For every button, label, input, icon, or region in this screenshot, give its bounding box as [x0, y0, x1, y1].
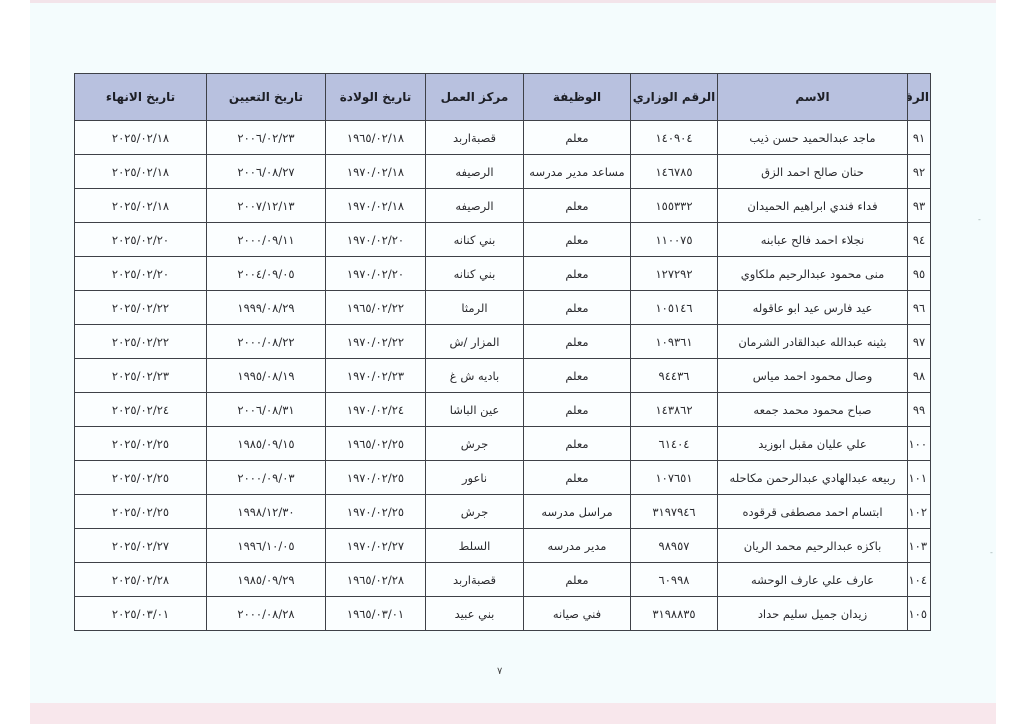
table-row: ١٠٢ابتسام احمد مصطفى قرقوده٣١٩٧٩٤٦مراسل … — [75, 495, 931, 529]
work-center-cell: المزار /ش — [426, 325, 524, 359]
birth-date-cell: ١٩٧٠/٠٢/٢٠ — [326, 257, 426, 291]
birth-date-cell: ١٩٦٥/٠٢/٢٢ — [326, 291, 426, 325]
end-date-cell: ٢٠٢٥/٠٢/٢٥ — [75, 461, 207, 495]
header-name: الاسم — [718, 74, 908, 121]
work-center-cell: جرش — [426, 495, 524, 529]
appointment-date-cell: ١٩٩٨/١٢/٣٠ — [207, 495, 326, 529]
table-row: ٩٥منى محمود عبدالرحيم ملكاوي١٢٧٢٩٢معلمبن… — [75, 257, 931, 291]
birth-date-cell: ١٩٦٥/٠٢/٢٨ — [326, 563, 426, 597]
row-number-cell: ٩٩ — [908, 393, 931, 427]
row-number-cell: ١٠٠ — [908, 427, 931, 461]
end-date-cell: ٢٠٢٥/٠٢/٢٨ — [75, 563, 207, 597]
ministry-id-cell: ٣١٩٨٨٣٥ — [631, 597, 718, 631]
employee-name-cell: زيدان جميل سليم حداد — [718, 597, 908, 631]
appointment-date-cell: ٢٠٠٠/٠٩/٠٣ — [207, 461, 326, 495]
employee-name-cell: عيد فارس عيد ابو عاقوله — [718, 291, 908, 325]
table-row: ٩٨وصال محمود احمد مياس٩٤٤٣٦معلمباديه ش غ… — [75, 359, 931, 393]
row-number-cell: ٩٦ — [908, 291, 931, 325]
birth-date-cell: ١٩٦٥/٠٢/١٨ — [326, 121, 426, 155]
end-date-cell: ٢٠٢٥/٠٢/١٨ — [75, 155, 207, 189]
table-row: ٩٩صباح محمود محمد جمعه١٤٣٨٦٢معلمعين البا… — [75, 393, 931, 427]
ministry-id-cell: ٩٤٤٣٦ — [631, 359, 718, 393]
employee-name-cell: وصال محمود احمد مياس — [718, 359, 908, 393]
end-date-cell: ٢٠٢٥/٠٢/٢٥ — [75, 495, 207, 529]
birth-date-cell: ١٩٧٠/٠٢/٢٠ — [326, 223, 426, 257]
job-title-cell: فني صيانه — [524, 597, 631, 631]
ministry-id-cell: ١٤٦٧٨٥ — [631, 155, 718, 189]
table-row: ٩١ماجد عبدالحميد حسن ذيب١٤٠٩٠٤معلمقصبةار… — [75, 121, 931, 155]
appointment-date-cell: ٢٠٠٧/١٢/١٣ — [207, 189, 326, 223]
row-number-cell: ٩٥ — [908, 257, 931, 291]
ministry-id-cell: ٦١٤٠٤ — [631, 427, 718, 461]
row-number-cell: ٩٤ — [908, 223, 931, 257]
appointment-date-cell: ٢٠٠٠/٠٨/٢٨ — [207, 597, 326, 631]
work-center-cell: عين الباشا — [426, 393, 524, 427]
table-row: ١٠٥زيدان جميل سليم حداد٣١٩٨٨٣٥فني صيانهب… — [75, 597, 931, 631]
employee-name-cell: نجلاء احمد فالح عبابنه — [718, 223, 908, 257]
job-title-cell: معلم — [524, 223, 631, 257]
end-date-cell: ٢٠٢٥/٠٢/٢٢ — [75, 291, 207, 325]
appointment-date-cell: ٢٠٠٦/٠٢/٢٣ — [207, 121, 326, 155]
row-number-cell: ٩٣ — [908, 189, 931, 223]
header-work-center: مركز العمل — [426, 74, 524, 121]
table-row: ٩٧بثينه عبدالله عبدالقادر الشرمان١٠٩٣٦١م… — [75, 325, 931, 359]
job-title-cell: معلم — [524, 393, 631, 427]
table-row: ١٠١ربيعه عبدالهادي عبدالرحمن مكاحله١٠٧٦٥… — [75, 461, 931, 495]
row-number-cell: ١٠٤ — [908, 563, 931, 597]
employee-name-cell: حنان صالح احمد الزق — [718, 155, 908, 189]
appointment-date-cell: ١٩٩٦/١٠/٠٥ — [207, 529, 326, 563]
employee-name-cell: علي عليان مقبل ابوزيد — [718, 427, 908, 461]
end-date-cell: ٢٠٢٥/٠٢/١٨ — [75, 121, 207, 155]
employee-name-cell: باكزه عبدالرحيم محمد الريان — [718, 529, 908, 563]
work-center-cell: الرصيفه — [426, 155, 524, 189]
appointment-date-cell: ٢٠٠٦/٠٨/٣١ — [207, 393, 326, 427]
appointment-date-cell: ٢٠٠٠/٠٨/٢٢ — [207, 325, 326, 359]
ministry-id-cell: ١١٠٠٧٥ — [631, 223, 718, 257]
job-title-cell: معلم — [524, 563, 631, 597]
job-title-cell: مساعد مدير مدرسه — [524, 155, 631, 189]
work-center-cell: قصبةاربد — [426, 121, 524, 155]
work-center-cell: بني عبيد — [426, 597, 524, 631]
employee-name-cell: صباح محمود محمد جمعه — [718, 393, 908, 427]
job-title-cell: معلم — [524, 291, 631, 325]
row-number-cell: ١٠١ — [908, 461, 931, 495]
header-appointment-date: تاريخ التعيين — [207, 74, 326, 121]
header-number: الرقم — [908, 74, 931, 121]
ministry-id-cell: ١٤٣٨٦٢ — [631, 393, 718, 427]
ministry-id-cell: ٦٠٩٩٨ — [631, 563, 718, 597]
end-date-cell: ٢٠٢٥/٠٢/٢٢ — [75, 325, 207, 359]
table-row: ١٠٤عارف علي عارف الوحشه٦٠٩٩٨معلمقصبةاربد… — [75, 563, 931, 597]
end-date-cell: ٢٠٢٥/٠٢/٢٥ — [75, 427, 207, 461]
end-date-cell: ٢٠٢٥/٠٢/٢٣ — [75, 359, 207, 393]
job-title-cell: معلم — [524, 359, 631, 393]
scan-speck: - — [978, 215, 981, 224]
header-job: الوظيفة — [524, 74, 631, 121]
birth-date-cell: ١٩٧٠/٠٢/٢٢ — [326, 325, 426, 359]
appointment-date-cell: ٢٠٠٤/٠٩/٠٥ — [207, 257, 326, 291]
table-body: ٩١ماجد عبدالحميد حسن ذيب١٤٠٩٠٤معلمقصبةار… — [75, 121, 931, 631]
appointment-date-cell: ١٩٨٥/٠٩/١٥ — [207, 427, 326, 461]
header-birth-date: تاريخ الولادة — [326, 74, 426, 121]
table-header-row: الرقم الاسم الرقم الوزاري الوظيفة مركز ا… — [75, 74, 931, 121]
row-number-cell: ٩٨ — [908, 359, 931, 393]
ministry-id-cell: ١٠٩٣٦١ — [631, 325, 718, 359]
employee-name-cell: عارف علي عارف الوحشه — [718, 563, 908, 597]
table-row: ٩٤نجلاء احمد فالح عبابنه١١٠٠٧٥معلمبني كن… — [75, 223, 931, 257]
employee-name-cell: فداء فندي ابراهيم الحميدان — [718, 189, 908, 223]
employee-name-cell: ابتسام احمد مصطفى قرقوده — [718, 495, 908, 529]
row-number-cell: ٩٢ — [908, 155, 931, 189]
birth-date-cell: ١٩٧٠/٠٢/٢٧ — [326, 529, 426, 563]
end-date-cell: ٢٠٢٥/٠٢/٢٤ — [75, 393, 207, 427]
ministry-id-cell: ١٠٥١٤٦ — [631, 291, 718, 325]
ministry-id-cell: ١٤٠٩٠٤ — [631, 121, 718, 155]
work-center-cell: جرش — [426, 427, 524, 461]
birth-date-cell: ١٩٧٠/٠٢/٢٣ — [326, 359, 426, 393]
end-date-cell: ٢٠٢٥/٠٣/٠١ — [75, 597, 207, 631]
row-number-cell: ١٠٥ — [908, 597, 931, 631]
job-title-cell: معلم — [524, 461, 631, 495]
ministry-id-cell: ٩٨٩٥٧ — [631, 529, 718, 563]
ministry-id-cell: ١٥٥٣٣٢ — [631, 189, 718, 223]
work-center-cell: الرمثا — [426, 291, 524, 325]
birth-date-cell: ١٩٧٠/٠٢/١٨ — [326, 189, 426, 223]
work-center-cell: بني كنانه — [426, 223, 524, 257]
employee-name-cell: ربيعه عبدالهادي عبدالرحمن مكاحله — [718, 461, 908, 495]
end-date-cell: ٢٠٢٥/٠٢/٢٧ — [75, 529, 207, 563]
birth-date-cell: ١٩٦٥/٠٢/٢٥ — [326, 427, 426, 461]
employee-name-cell: بثينه عبدالله عبدالقادر الشرمان — [718, 325, 908, 359]
scan-speck: - — [990, 548, 993, 557]
birth-date-cell: ١٩٧٠/٠٢/٢٥ — [326, 461, 426, 495]
job-title-cell: مراسل مدرسه — [524, 495, 631, 529]
birth-date-cell: ١٩٧٠/٠٢/٢٥ — [326, 495, 426, 529]
table-row: ٩٣فداء فندي ابراهيم الحميدان١٥٥٣٣٢معلمال… — [75, 189, 931, 223]
bottom-edge-strip — [30, 703, 996, 724]
work-center-cell: بني كنانه — [426, 257, 524, 291]
work-center-cell: قصبةاربد — [426, 563, 524, 597]
job-title-cell: مدير مدرسه — [524, 529, 631, 563]
row-number-cell: ١٠٢ — [908, 495, 931, 529]
appointment-date-cell: ٢٠٠٠/٠٩/١١ — [207, 223, 326, 257]
appointment-date-cell: ١٩٨٥/٠٩/٢٩ — [207, 563, 326, 597]
header-end-date: تاريخ الانهاء — [75, 74, 207, 121]
job-title-cell: معلم — [524, 325, 631, 359]
work-center-cell: باديه ش غ — [426, 359, 524, 393]
header-ministry-id: الرقم الوزاري — [631, 74, 718, 121]
ministry-id-cell: ١٠٧٦٥١ — [631, 461, 718, 495]
work-center-cell: الرصيفه — [426, 189, 524, 223]
employee-retirement-table: الرقم الاسم الرقم الوزاري الوظيفة مركز ا… — [74, 73, 931, 631]
work-center-cell: ناعور — [426, 461, 524, 495]
table-row: ١٠٠علي عليان مقبل ابوزيد٦١٤٠٤معلمجرش١٩٦٥… — [75, 427, 931, 461]
job-title-cell: معلم — [524, 257, 631, 291]
employee-name-cell: ماجد عبدالحميد حسن ذيب — [718, 121, 908, 155]
page-number: ٧ — [497, 666, 502, 677]
birth-date-cell: ١٩٦٥/٠٣/٠١ — [326, 597, 426, 631]
work-center-cell: السلط — [426, 529, 524, 563]
row-number-cell: ٩١ — [908, 121, 931, 155]
employee-name-cell: منى محمود عبدالرحيم ملكاوي — [718, 257, 908, 291]
ministry-id-cell: ٣١٩٧٩٤٦ — [631, 495, 718, 529]
ministry-id-cell: ١٢٧٢٩٢ — [631, 257, 718, 291]
appointment-date-cell: ١٩٩٩/٠٨/٢٩ — [207, 291, 326, 325]
birth-date-cell: ١٩٧٠/٠٢/٢٤ — [326, 393, 426, 427]
appointment-date-cell: ٢٠٠٦/٠٨/٢٧ — [207, 155, 326, 189]
table-row: ١٠٣باكزه عبدالرحيم محمد الريان٩٨٩٥٧مدير … — [75, 529, 931, 563]
row-number-cell: ٩٧ — [908, 325, 931, 359]
job-title-cell: معلم — [524, 427, 631, 461]
end-date-cell: ٢٠٢٥/٠٢/١٨ — [75, 189, 207, 223]
birth-date-cell: ١٩٧٠/٠٢/١٨ — [326, 155, 426, 189]
end-date-cell: ٢٠٢٥/٠٢/٢٠ — [75, 257, 207, 291]
appointment-date-cell: ١٩٩٥/٠٨/١٩ — [207, 359, 326, 393]
table-row: ٩٦عيد فارس عيد ابو عاقوله١٠٥١٤٦معلمالرمث… — [75, 291, 931, 325]
job-title-cell: معلم — [524, 121, 631, 155]
job-title-cell: معلم — [524, 189, 631, 223]
row-number-cell: ١٠٣ — [908, 529, 931, 563]
table-row: ٩٢حنان صالح احمد الزق١٤٦٧٨٥مساعد مدير مد… — [75, 155, 931, 189]
end-date-cell: ٢٠٢٥/٠٢/٢٠ — [75, 223, 207, 257]
